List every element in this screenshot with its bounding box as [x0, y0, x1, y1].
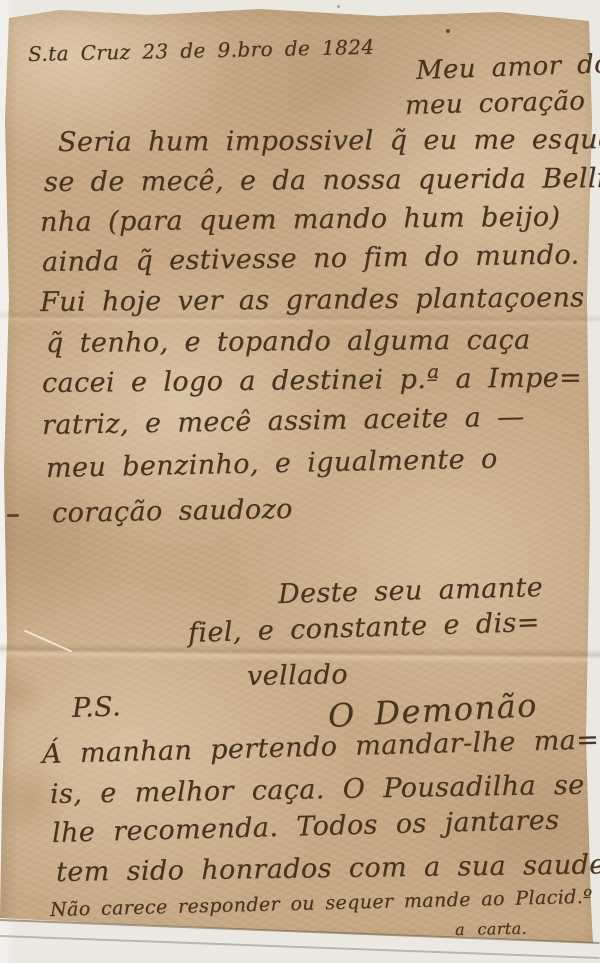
postscript-line: a carta.: [455, 919, 527, 939]
scanned-letter-page: S.ta Cruz 23 de 9.bro de 1824 Meu amor d…: [0, 0, 600, 963]
closing-line: Deste seu amante: [278, 572, 544, 610]
closing-line: vellado: [247, 659, 348, 692]
postscript-line: lhe recomenda. Todos os jantares: [52, 805, 560, 849]
postscript-label: P.S.: [71, 691, 121, 724]
closing-line: fiel, e constante e dis=: [188, 607, 541, 649]
salutation-line-2: meu coração: [405, 86, 586, 121]
body-line: ainda q̃ estivesse no fim do mundo.: [42, 239, 580, 278]
dateline: S.ta Cruz 23 de 9.bro de 1824: [28, 35, 375, 66]
body-line: ratriz, e mecê assim aceite a —: [42, 402, 525, 441]
salutation-line-1: Meu amor do: [415, 49, 600, 86]
body-line: Fui hoje ver as grandes plantaçoens: [40, 282, 585, 318]
body-line: Seria hum impossivel q̃ eu me esqueces=: [58, 124, 600, 158]
body-line: q̃ tenho, e topando alguma caça: [46, 325, 531, 359]
body-line: nha (para quem mando hum beijo): [40, 202, 561, 238]
body-line: se de mecê, e da nossa querida Belli=: [44, 163, 600, 198]
handwriting-layer: S.ta Cruz 23 de 9.bro de 1824 Meu amor d…: [0, 0, 600, 963]
body-line: cacei e logo a destinei p.ª a Impe=: [42, 362, 582, 399]
postscript-line: tem sido honrados com a sua saude.: [56, 849, 600, 888]
postscript-line: Não carece responder ou sequer mande ao …: [50, 886, 593, 921]
postscript-line: Á manhan pertendo mandar-lhe ma=: [42, 724, 600, 770]
postscript-line: is, e melhor caça. O Pousadilha se: [50, 770, 585, 810]
body-line: coração saudozo: [52, 494, 293, 529]
body-line: meu benzinho, e igualmente o: [46, 444, 498, 484]
